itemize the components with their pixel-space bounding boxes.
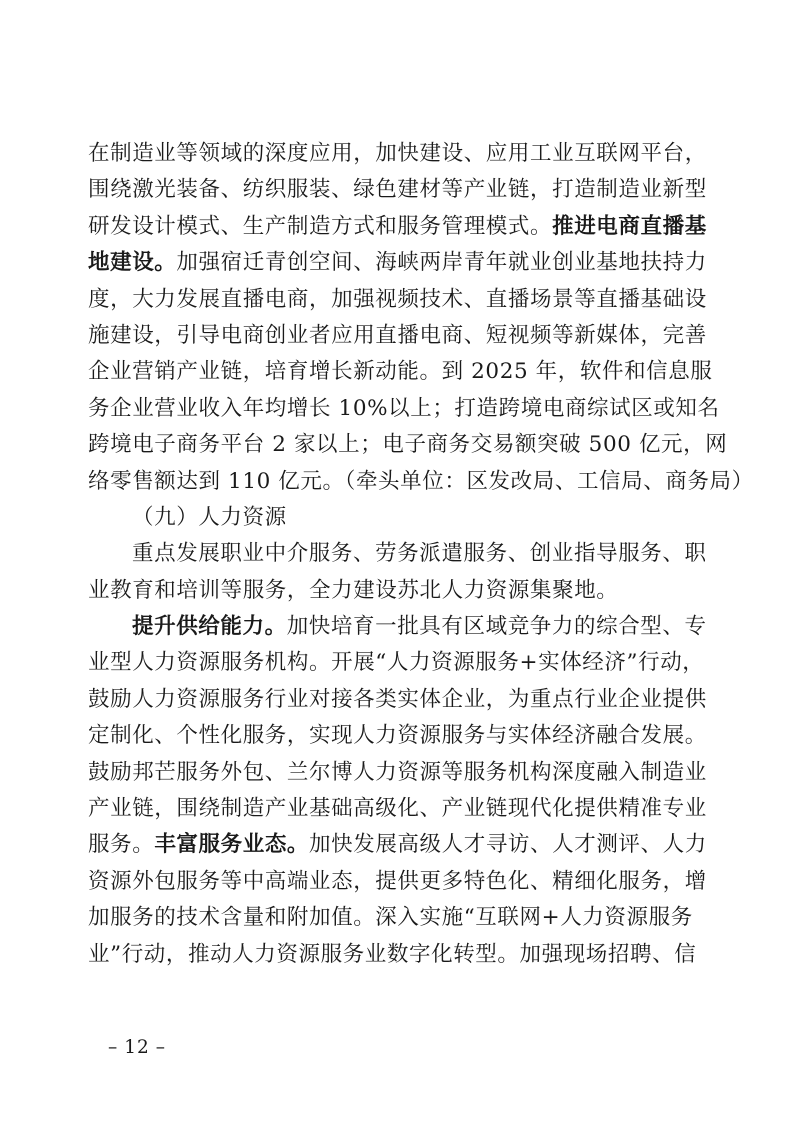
text-line: 务企业营业收入年均增长 10%以上；打造跨境电商综试区或知名 <box>88 391 712 427</box>
page-footer: –12– <box>102 1036 172 1060</box>
text-segment: 业教育和培训等服务，全力建设苏北人力资源集聚地。 <box>88 578 618 603</box>
text-segment: 业”行动，推动人力资源服务业数字化转型。加强现场招聘、信 <box>88 942 696 967</box>
text-segment: 在制造业等领域的深度应用，加快建设、应用工业互联网平台， <box>88 141 707 166</box>
footer-dash-left: – <box>102 1037 124 1058</box>
bold-text-segment: 丰富服务业态。 <box>154 832 309 857</box>
text-line: 施建设，引导电商创业者应用直播电商、短视频等新媒体，完善 <box>88 318 712 354</box>
text-segment: 加强宿迁青创空间、海峡两岸青年就业创业基地扶持力 <box>176 250 706 275</box>
text-line: 度，大力发展直播电商，加强视频技术、直播场景等直播基础设 <box>88 282 712 318</box>
text-line: 资源外包服务等中高端业态，提供更多特色化、精细化服务，增 <box>88 864 712 900</box>
page-number: 12 <box>124 1037 150 1058</box>
text-segment: 加快培育一批具有区域竞争力的综合型、专 <box>287 614 707 639</box>
text-line: 定制化、个性化服务，实现人力资源服务与实体经济融合发展。 <box>88 718 712 754</box>
footer-dash-right: – <box>150 1037 172 1058</box>
text-segment: 鼓励邦芒服务外包、兰尔博人力资源等服务机构深度融入制造业 <box>88 760 707 785</box>
text-line: 围绕激光装备、纺织服装、绿色建材等产业链，打造制造业新型 <box>88 172 712 208</box>
text-line: 加服务的技术含量和附加值。深入实施“互联网+人力资源服务 <box>88 900 712 936</box>
text-line: 鼓励人力资源服务行业对接各类实体企业，为重点行业企业提供 <box>88 682 712 718</box>
text-segment: 度，大力发展直播电商，加强视频技术、直播场景等直播基础设 <box>88 287 707 312</box>
text-line: 企业营销产业链，培育增长新动能。到 2025 年，软件和信息服 <box>88 354 712 390</box>
text-segment: 加快发展高级人才寻访、人才测评、人力 <box>309 832 707 857</box>
text-segment: 企业营销产业链，培育增长新动能。到 2025 年，软件和信息服 <box>88 359 713 384</box>
text-segment: 定制化、个性化服务，实现人力资源服务与实体经济融合发展。 <box>88 723 707 748</box>
text-segment: 加服务的技术含量和附加值。深入实施“互联网+人力资源服务 <box>88 905 693 930</box>
text-line: 鼓励邦芒服务外包、兰尔博人力资源等服务机构深度融入制造业 <box>88 755 712 791</box>
text-segment: 务企业营业收入年均增长 10%以上；打造跨境电商综试区或知名 <box>88 396 720 421</box>
text-line: 服务。丰富服务业态。加快发展高级人才寻访、人才测评、人力 <box>88 827 712 863</box>
bold-text-segment: 推进电商直播基 <box>552 214 707 239</box>
text-segment: 施建设，引导电商创业者应用直播电商、短视频等新媒体，完善 <box>88 323 707 348</box>
text-segment: 业型人力资源服务机构。开展“人力资源服务+实体经济”行动， <box>88 650 704 675</box>
text-line: 业教育和培训等服务，全力建设苏北人力资源集聚地。 <box>88 573 712 609</box>
text-segment: 重点发展职业中介服务、劳务派遣服务、创业指导服务、职 <box>132 541 707 566</box>
text-block: 在制造业等领域的深度应用，加快建设、应用工业互联网平台，围绕激光装备、纺织服装、… <box>88 136 712 973</box>
text-segment: 研发设计模式、生产制造方式和服务管理模式。 <box>88 214 552 239</box>
text-line: 业”行动，推动人力资源服务业数字化转型。加强现场招聘、信 <box>88 937 712 973</box>
text-line: （九）人力资源 <box>88 500 712 536</box>
text-segment: 产业链，围绕制造产业基础高级化、产业链现代化提供精准专业 <box>88 796 707 821</box>
text-segment: （九）人力资源 <box>132 505 287 530</box>
text-segment: 络零售额达到 110 亿元。（牵头单位：区发改局、工信局、商务局） <box>88 469 754 494</box>
text-line: 研发设计模式、生产制造方式和服务管理模式。推进电商直播基 <box>88 209 712 245</box>
text-segment: 资源外包服务等中高端业态，提供更多特色化、精细化服务，增 <box>88 869 707 894</box>
text-segment: 服务。 <box>88 832 154 857</box>
text-segment: 鼓励人力资源服务行业对接各类实体企业，为重点行业企业提供 <box>88 687 707 712</box>
bold-text-segment: 地建设。 <box>88 250 176 275</box>
text-line: 业型人力资源服务机构。开展“人力资源服务+实体经济”行动， <box>88 645 712 681</box>
text-segment: 围绕激光装备、纺织服装、绿色建材等产业链，打造制造业新型 <box>88 177 707 202</box>
text-line: 地建设。加强宿迁青创空间、海峡两岸青年就业创业基地扶持力 <box>88 245 712 281</box>
text-segment: 跨境电子商务平台 2 家以上；电子商务交易额突破 500 亿元，网 <box>88 432 727 457</box>
text-line: 提升供给能力。加快培育一批具有区域竞争力的综合型、专 <box>88 609 712 645</box>
text-line: 络零售额达到 110 亿元。（牵头单位：区发改局、工信局、商务局） <box>88 464 712 500</box>
text-line: 跨境电子商务平台 2 家以上；电子商务交易额突破 500 亿元，网 <box>88 427 712 463</box>
bold-text-segment: 提升供给能力。 <box>132 614 287 639</box>
text-line: 在制造业等领域的深度应用，加快建设、应用工业互联网平台， <box>88 136 712 172</box>
text-line: 产业链，围绕制造产业基础高级化、产业链现代化提供精准专业 <box>88 791 712 827</box>
document-page: 在制造业等领域的深度应用，加快建设、应用工业互联网平台，围绕激光装备、纺织服装、… <box>0 0 793 1122</box>
text-line: 重点发展职业中介服务、劳务派遣服务、创业指导服务、职 <box>88 536 712 572</box>
